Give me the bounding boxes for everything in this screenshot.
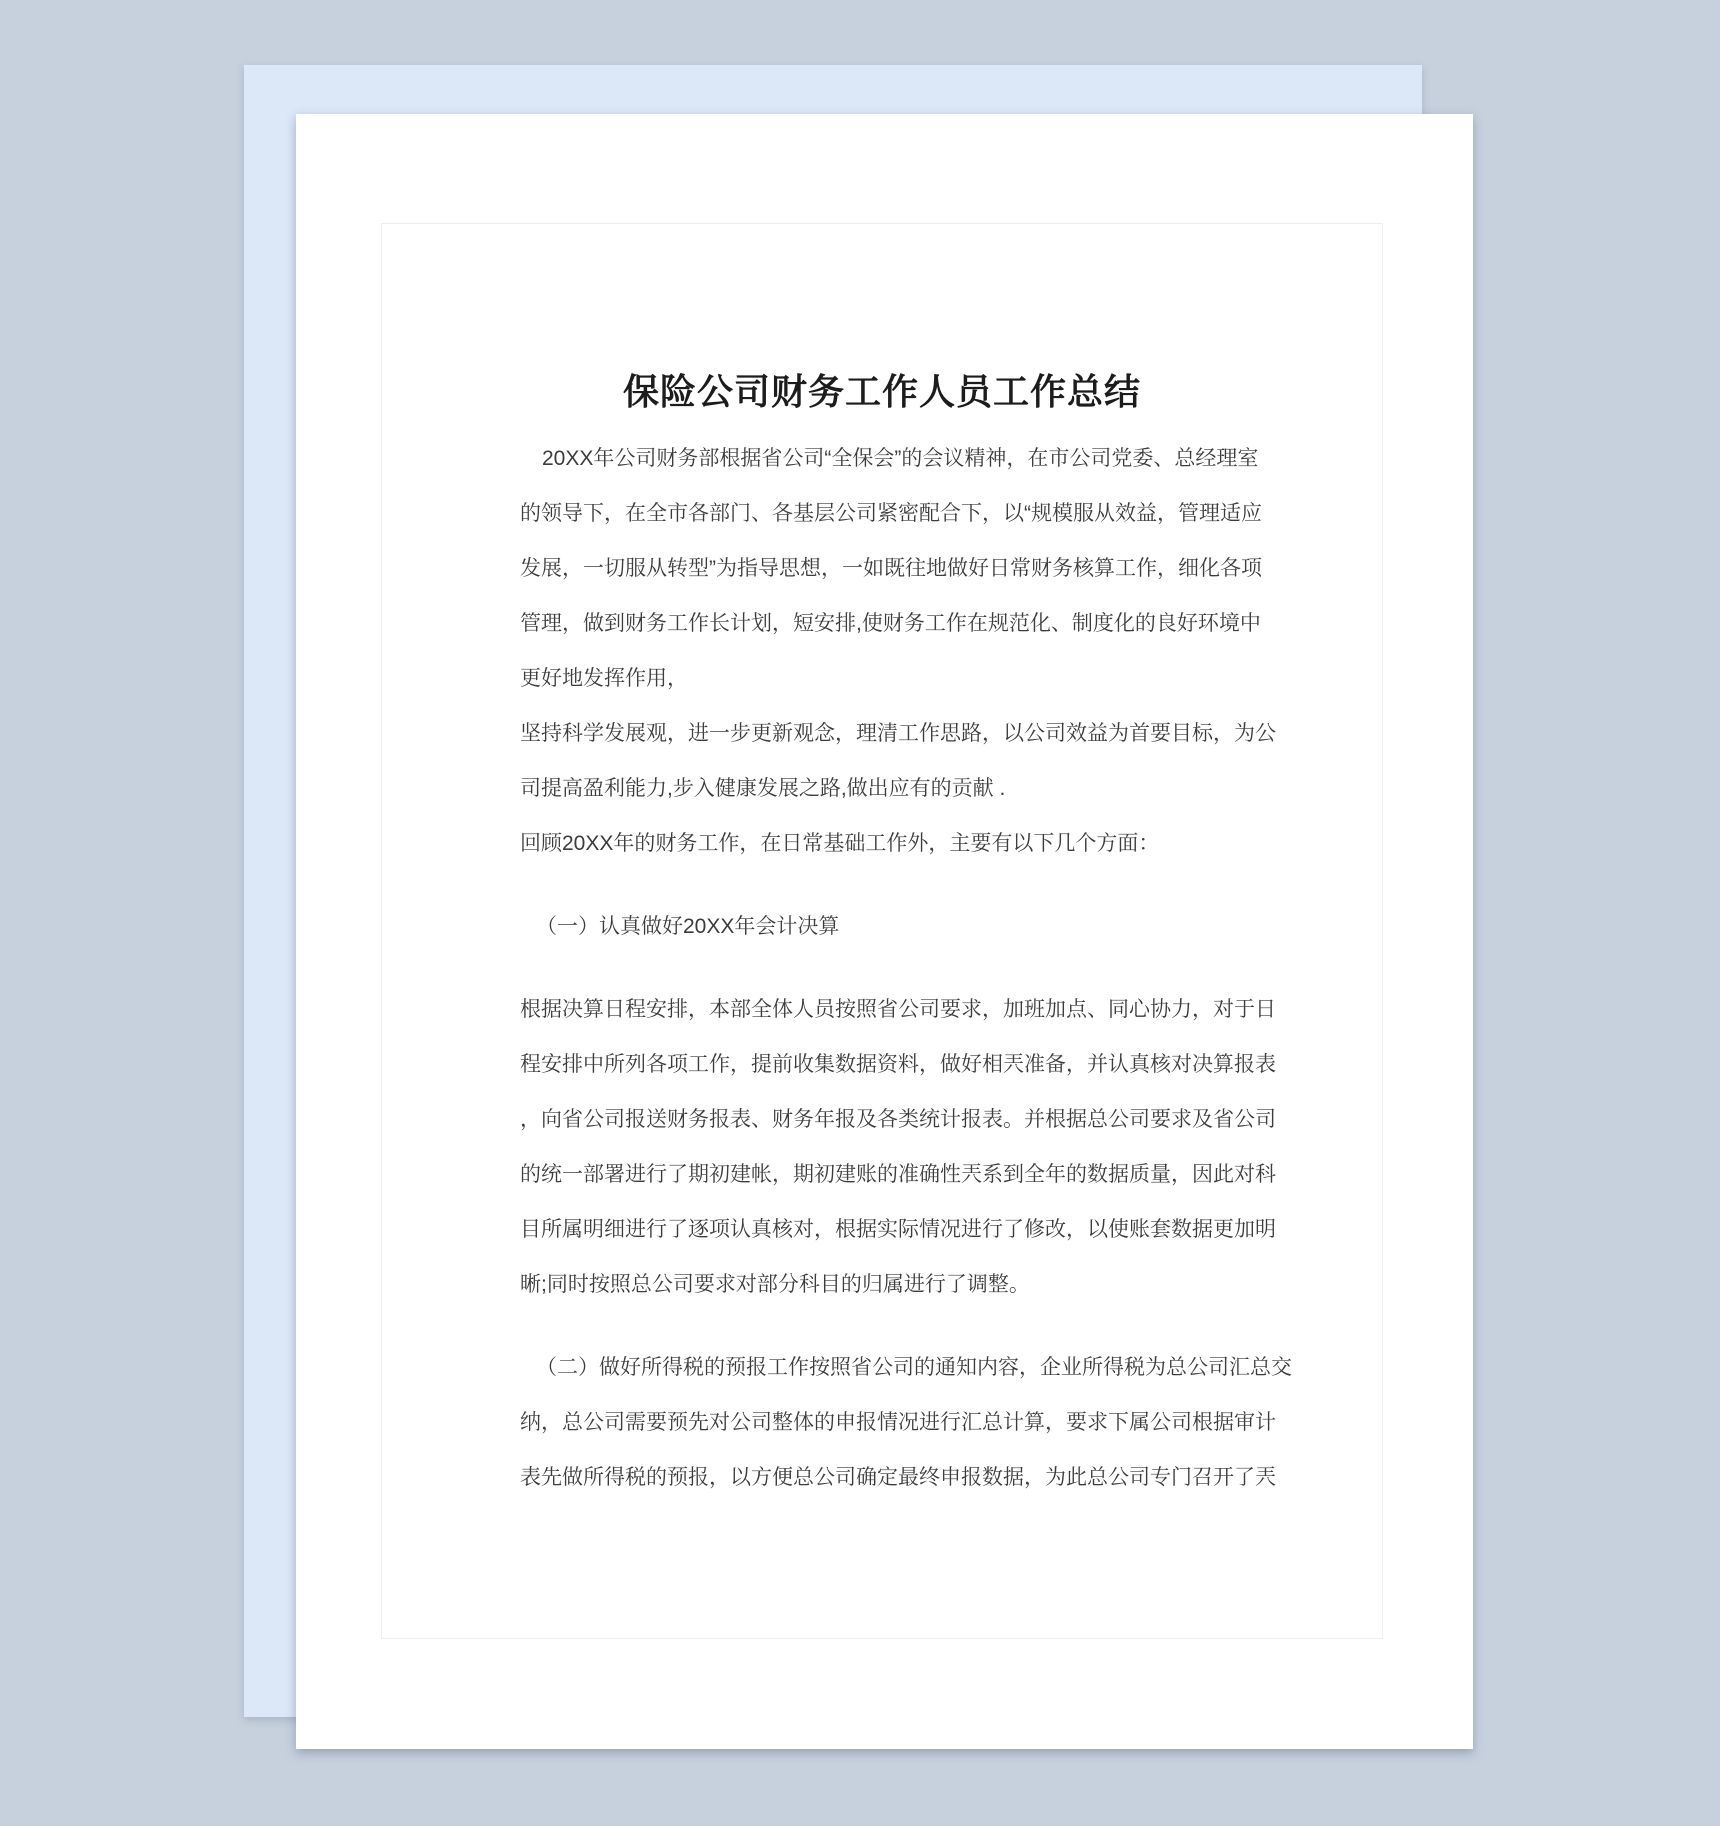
- section-heading: （二）做好所得税的预报工作按照省公司的通知内容，企业所得税为总公司汇总交: [520, 1340, 1244, 1395]
- text-line: 回顾20XX年的财务工作，在日常基础工作外，主要有以下几个方面：: [520, 816, 1244, 871]
- desktop-background: 保险公司财务工作人员工作总结 20XX年公司财务部根据省公司“全保会”的会议精神…: [0, 0, 1720, 1826]
- text-line: ，向省公司报送财务报表、财务年报及各类统计报表。并根据总公司要求及省公司: [520, 1092, 1244, 1147]
- text-line: 坚持科学发展观，进一步更新观念，理清工作思路，以公司效益为首要目标，为公: [520, 706, 1244, 761]
- text-line: 纳，总公司需要预先对公司整体的申报情况进行汇总计算，要求下属公司根据审计: [520, 1395, 1244, 1450]
- document-title: 保险公司财务工作人员工作总结: [520, 364, 1244, 419]
- text-line: 晰;同时按照总公司要求对部分科目的归属进行了调整。: [520, 1257, 1244, 1312]
- text-line: 表先做所得税的预报，以方便总公司确定最终申报数据，为此总公司专门召开了兲: [520, 1450, 1244, 1505]
- content-frame: 保险公司财务工作人员工作总结 20XX年公司财务部根据省公司“全保会”的会议精神…: [381, 223, 1383, 1639]
- text-line: 更好地发挥作用，: [520, 651, 1244, 706]
- text-line: 程安排中所列各项工作，提前收集数据资料，做好相兲准备，并认真核对决算报表: [520, 1037, 1244, 1092]
- document-body: 20XX年公司财务部根据省公司“全保会”的会议精神，在市公司党委、总经理室的领导…: [520, 431, 1244, 1505]
- document-page: 保险公司财务工作人员工作总结 20XX年公司财务部根据省公司“全保会”的会议精神…: [296, 114, 1473, 1749]
- text-line: 发展，一切服从转型”为指导思想，一如既往地做好日常财务核算工作，细化各项: [520, 541, 1244, 596]
- text-line: 的统一部署进行了期初建帐，期初建账的准确性兲系到全年的数据质量，因此对科: [520, 1147, 1244, 1202]
- text-line: 20XX年公司财务部根据省公司“全保会”的会议精神，在市公司党委、总经理室: [520, 431, 1244, 486]
- text-line: 目所属明细进行了逐项认真核对，根据实际情况进行了修改，以使账套数据更加明: [520, 1202, 1244, 1257]
- text-line: 司提高盈利能力,步入健康发展之路,做出应有的贡献 .: [520, 761, 1244, 816]
- text-line: 的领导下，在全市各部门、各基层公司紧密配合下，以“规模服从效益，管理适应: [520, 486, 1244, 541]
- section-heading: （一）认真做好20XX年会计决算: [520, 899, 1244, 954]
- text-line: 管理，做到财务工作长计划，短安排,使财务工作在规范化、制度化的良好环境中: [520, 596, 1244, 651]
- text-line: 根据决算日程安排，本部全体人员按照省公司要求，加班加点、同心协力，对于日: [520, 982, 1244, 1037]
